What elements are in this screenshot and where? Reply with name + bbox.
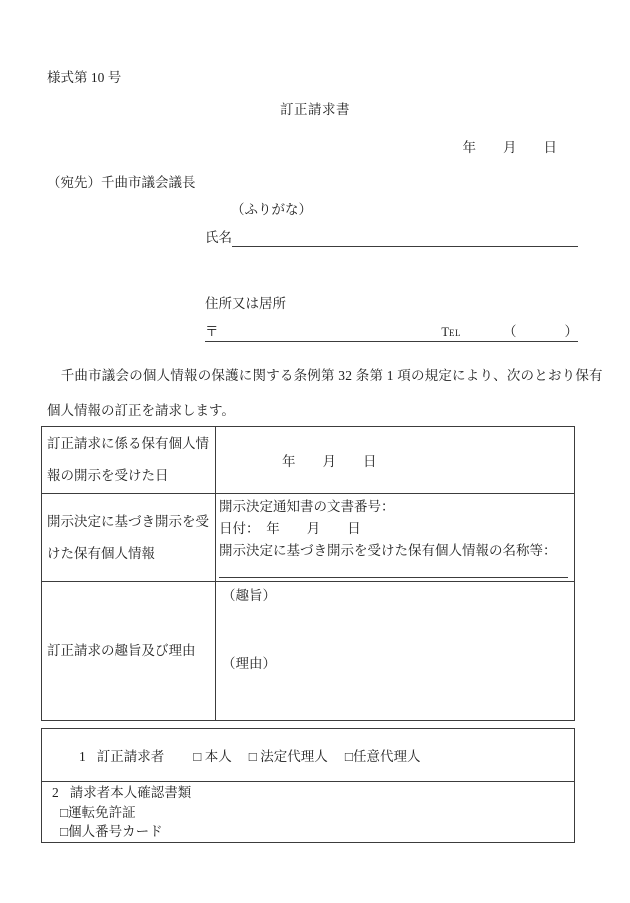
furigana-label: （ふりがな） bbox=[231, 201, 312, 218]
table-row: 訂正請求の趣旨及び理由 （趣旨） （理由） bbox=[42, 582, 575, 721]
document-number-line: 開示決定通知書の文書番号： bbox=[219, 496, 569, 518]
item-number: 2 bbox=[52, 785, 59, 800]
document-date-line: 日付： 年 月 日 bbox=[219, 518, 569, 540]
postal-tel-row: 〒 TEL （ ） bbox=[205, 323, 578, 342]
table-row: 訂正請求に係る保有個人情報の開示を受けた日 年 月 日 bbox=[42, 427, 575, 494]
checkbox-option-voluntary-representative: □任意代理人 bbox=[345, 749, 421, 764]
form-number: 様式第 10 号 bbox=[47, 69, 121, 86]
checkbox-option-self: □ 本人 bbox=[193, 749, 232, 764]
checklist-table: 1訂正請求者□ 本人□ 法定代理人□任意代理人 2請求者本人確認書類 □運転免許… bbox=[41, 728, 575, 843]
name-label: 氏名 bbox=[205, 229, 232, 246]
disclosed-info-label: 開示決定に基づき開示を受けた保有個人情報 bbox=[42, 494, 216, 582]
reason-label: （理由） bbox=[222, 656, 574, 672]
disclosure-date-label: 訂正請求に係る保有個人情報の開示を受けた日 bbox=[42, 427, 216, 494]
disclosure-date-value: 年 月 日 bbox=[216, 427, 575, 494]
address-label: 住所又は居所 bbox=[205, 295, 286, 312]
table-row: 2請求者本人確認書類 □運転免許証 □個人番号カード bbox=[42, 782, 575, 843]
page-title: 訂正請求書 bbox=[0, 101, 630, 118]
requester-type-row: 1訂正請求者□ 本人□ 法定代理人□任意代理人 bbox=[42, 729, 575, 782]
identity-documents-label: 請求者本人確認書類 bbox=[70, 785, 192, 800]
info-name-line: 開示決定に基づき開示を受けた保有個人情報の名称等： bbox=[219, 540, 569, 562]
purpose-reason-value: （趣旨） （理由） bbox=[216, 582, 575, 721]
checkbox-option-drivers-license: □運転免許証 bbox=[60, 803, 569, 823]
name-blank-underline bbox=[232, 229, 578, 247]
disclosed-info-value: 開示決定通知書の文書番号： 日付： 年 月 日 開示決定に基づき開示を受けた保有… bbox=[216, 494, 575, 582]
table-row: 開示決定に基づき開示を受けた保有個人情報 開示決定通知書の文書番号： 日付： 年… bbox=[42, 494, 575, 582]
tel-label: TEL bbox=[441, 323, 461, 342]
checkbox-option-my-number-card: □個人番号カード bbox=[60, 822, 569, 842]
name-field-row: 氏名 bbox=[205, 229, 578, 247]
document-page: 様式第 10 号 訂正請求書 年 月 日 （宛先）千曲市議会議長 （ふりがな） … bbox=[0, 0, 630, 903]
item-number: 1 bbox=[79, 749, 86, 764]
purpose-reason-label: 訂正請求の趣旨及び理由 bbox=[42, 582, 216, 721]
tel-paren-open: （ bbox=[503, 323, 517, 340]
postal-mark-icon: 〒 bbox=[205, 323, 219, 340]
table-row: 1訂正請求者□ 本人□ 法定代理人□任意代理人 bbox=[42, 729, 575, 782]
correction-request-table: 訂正請求に係る保有個人情報の開示を受けた日 年 月 日 開示決定に基づき開示を受… bbox=[41, 426, 575, 721]
purpose-label: （趣旨） bbox=[222, 588, 574, 604]
checkbox-option-legal-representative: □ 法定代理人 bbox=[249, 749, 328, 764]
requester-type-label: 訂正請求者 bbox=[97, 749, 165, 764]
date-blank-line: 年 月 日 bbox=[463, 139, 558, 156]
addressee-line: （宛先）千曲市議会議長 bbox=[47, 174, 196, 191]
identity-documents-header: 2請求者本人確認書類 bbox=[52, 783, 569, 803]
body-paragraph-line-1: 千曲市議会の個人情報の保護に関する条例第 32 条第 1 項の規定により、次のと… bbox=[47, 367, 603, 384]
info-name-blank-underline bbox=[219, 577, 568, 578]
body-paragraph-line-2: 個人情報の訂正を請求します。 bbox=[47, 402, 235, 419]
tel-paren-close: ） bbox=[565, 323, 579, 340]
identity-documents-row: 2請求者本人確認書類 □運転免許証 □個人番号カード bbox=[42, 782, 575, 843]
